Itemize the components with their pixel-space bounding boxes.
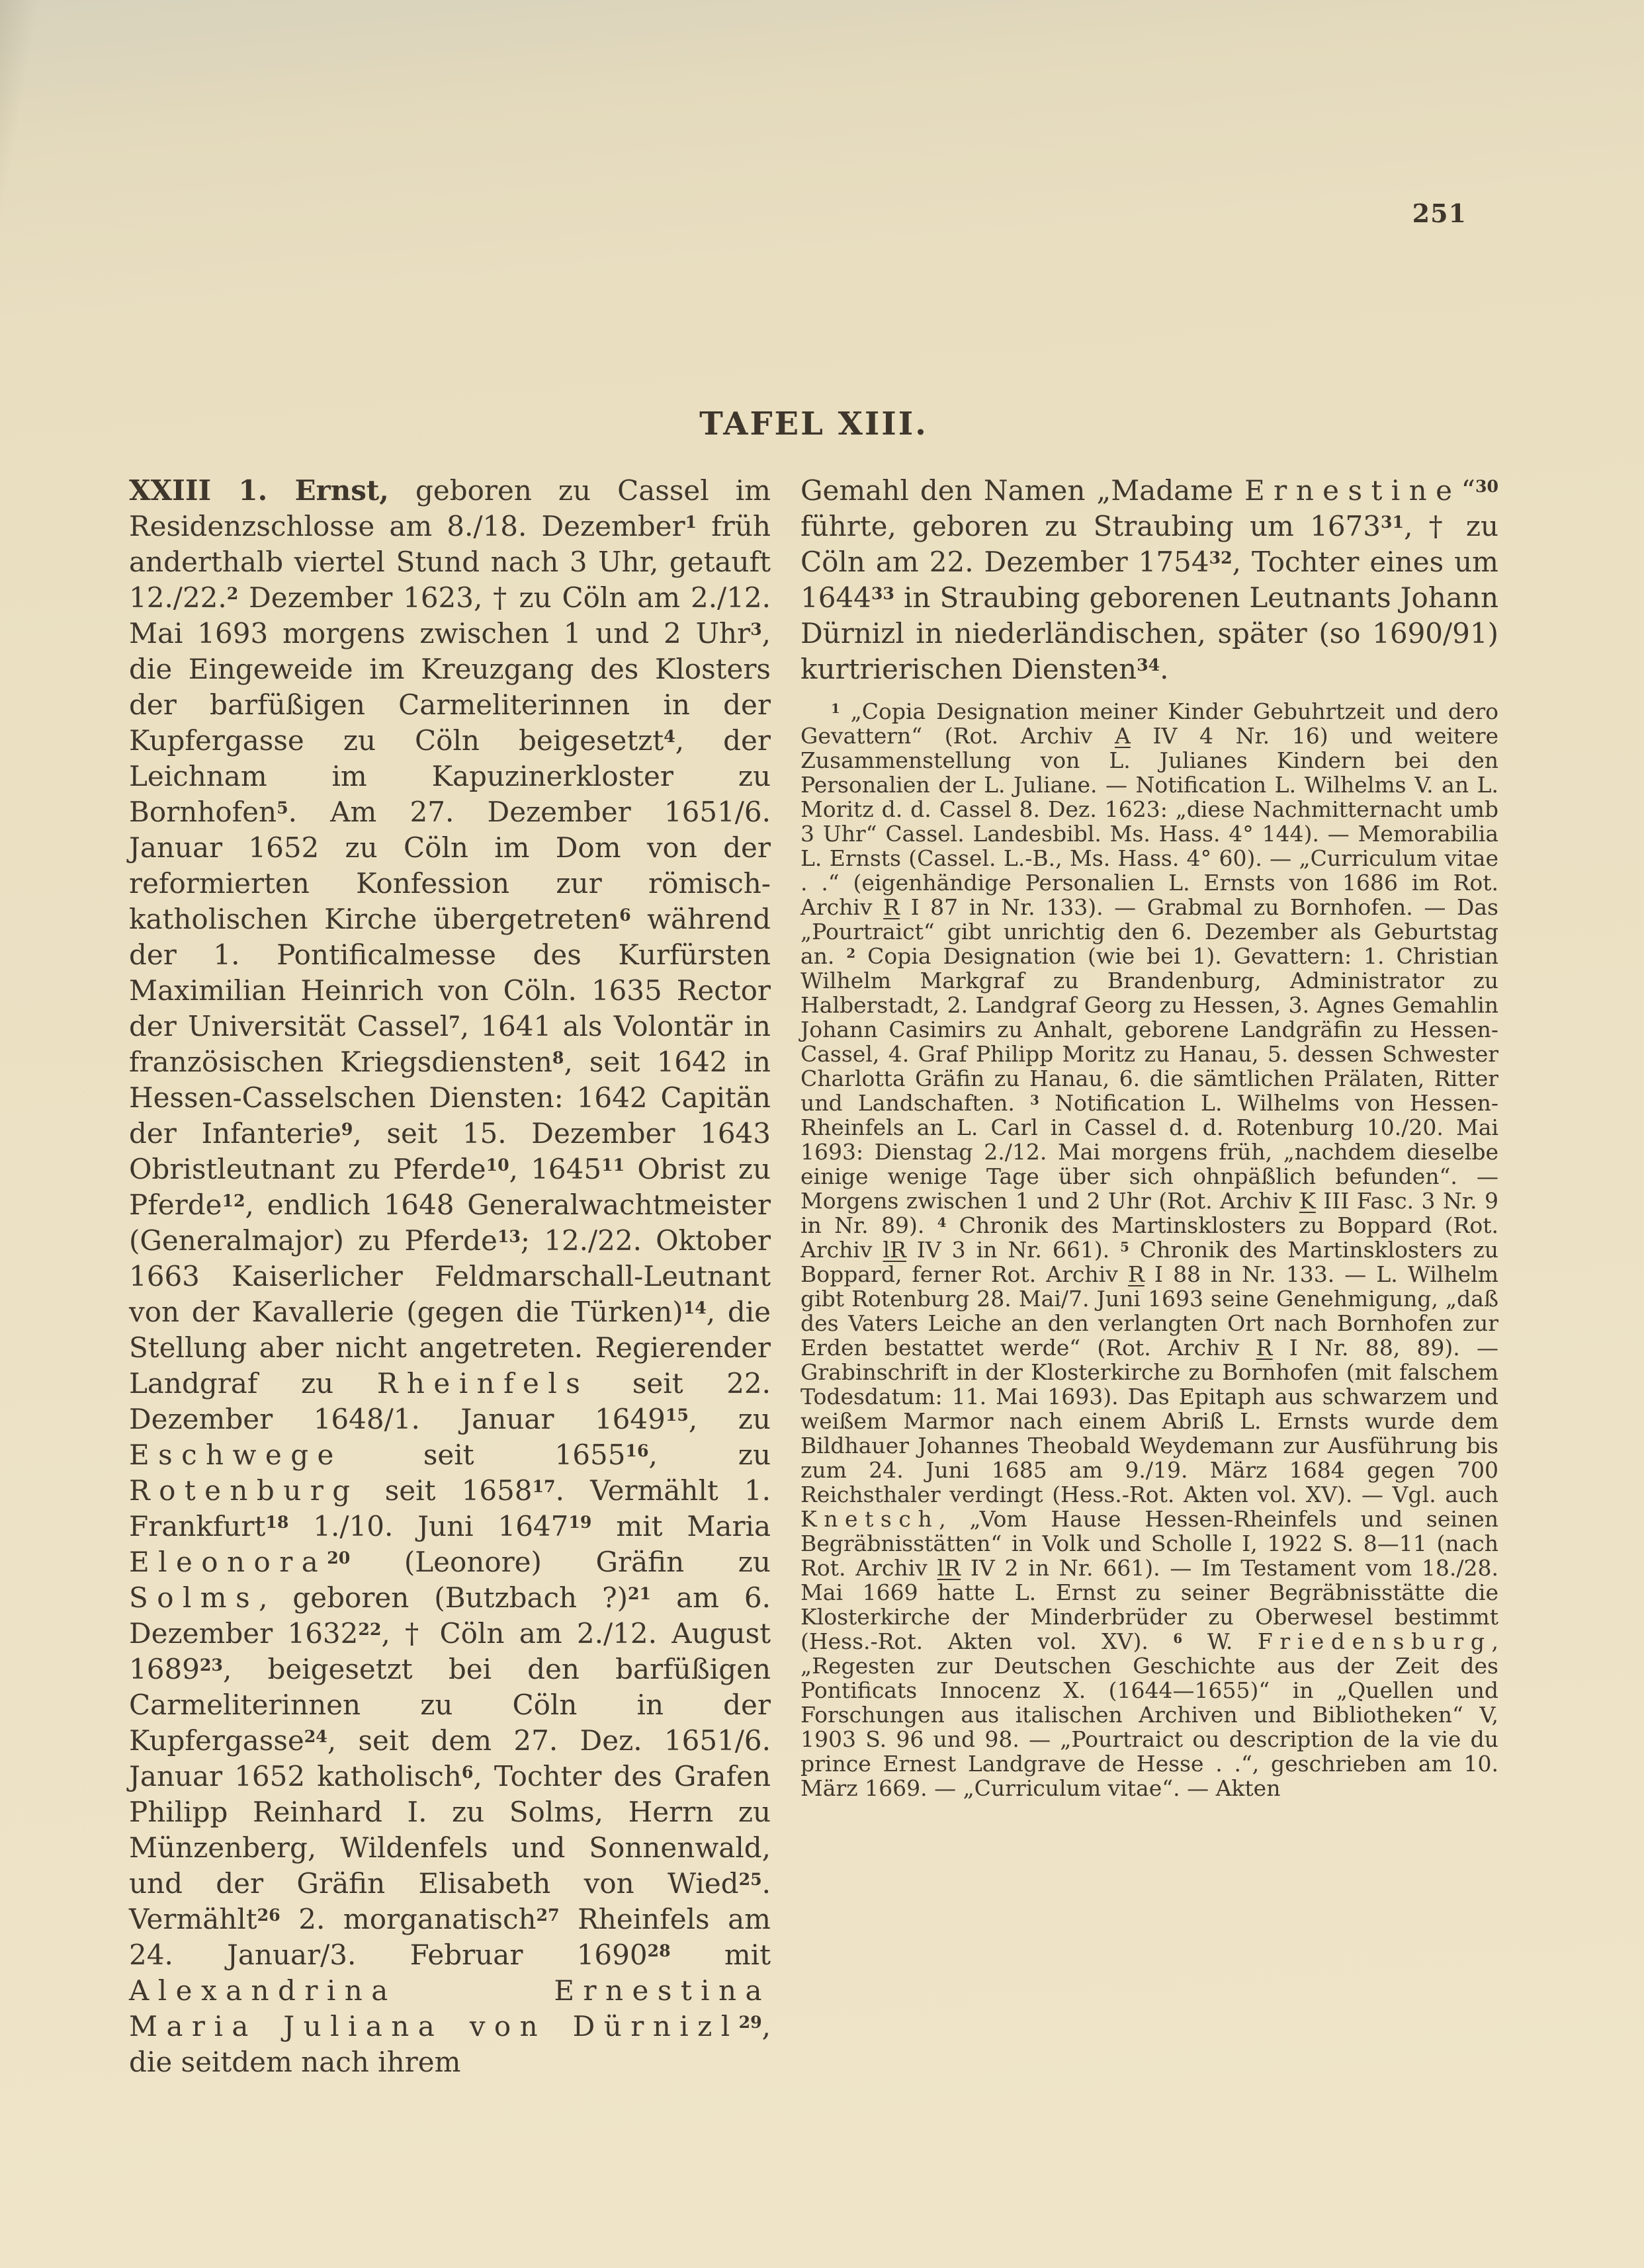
page-title: TAFEL XIII.	[129, 405, 1498, 442]
footnotes-block: 1 „Copia Designation meiner Kinder Gebuh…	[800, 699, 1498, 1800]
entry-paragraph: XXIII 1. Ernst, geboren zu Cassel im Res…	[129, 473, 771, 2080]
left-column: XXIII 1. Ernst, geboren zu Cassel im Res…	[129, 473, 771, 2080]
book-page: 251 TAFEL XIII. XXIII 1. Ernst, geboren …	[0, 0, 1644, 2268]
right-column: Gemahl den Namen „Madame Ernestine“30 fü…	[800, 473, 1498, 1800]
entry-continuation: Gemahl den Namen „Madame Ernestine“30 fü…	[800, 473, 1498, 687]
page-number: 251	[129, 0, 1498, 228]
text-columns: XXIII 1. Ernst, geboren zu Cassel im Res…	[129, 473, 1498, 2080]
page-content: 251 TAFEL XIII. XXIII 1. Ernst, geboren …	[0, 0, 1644, 2080]
